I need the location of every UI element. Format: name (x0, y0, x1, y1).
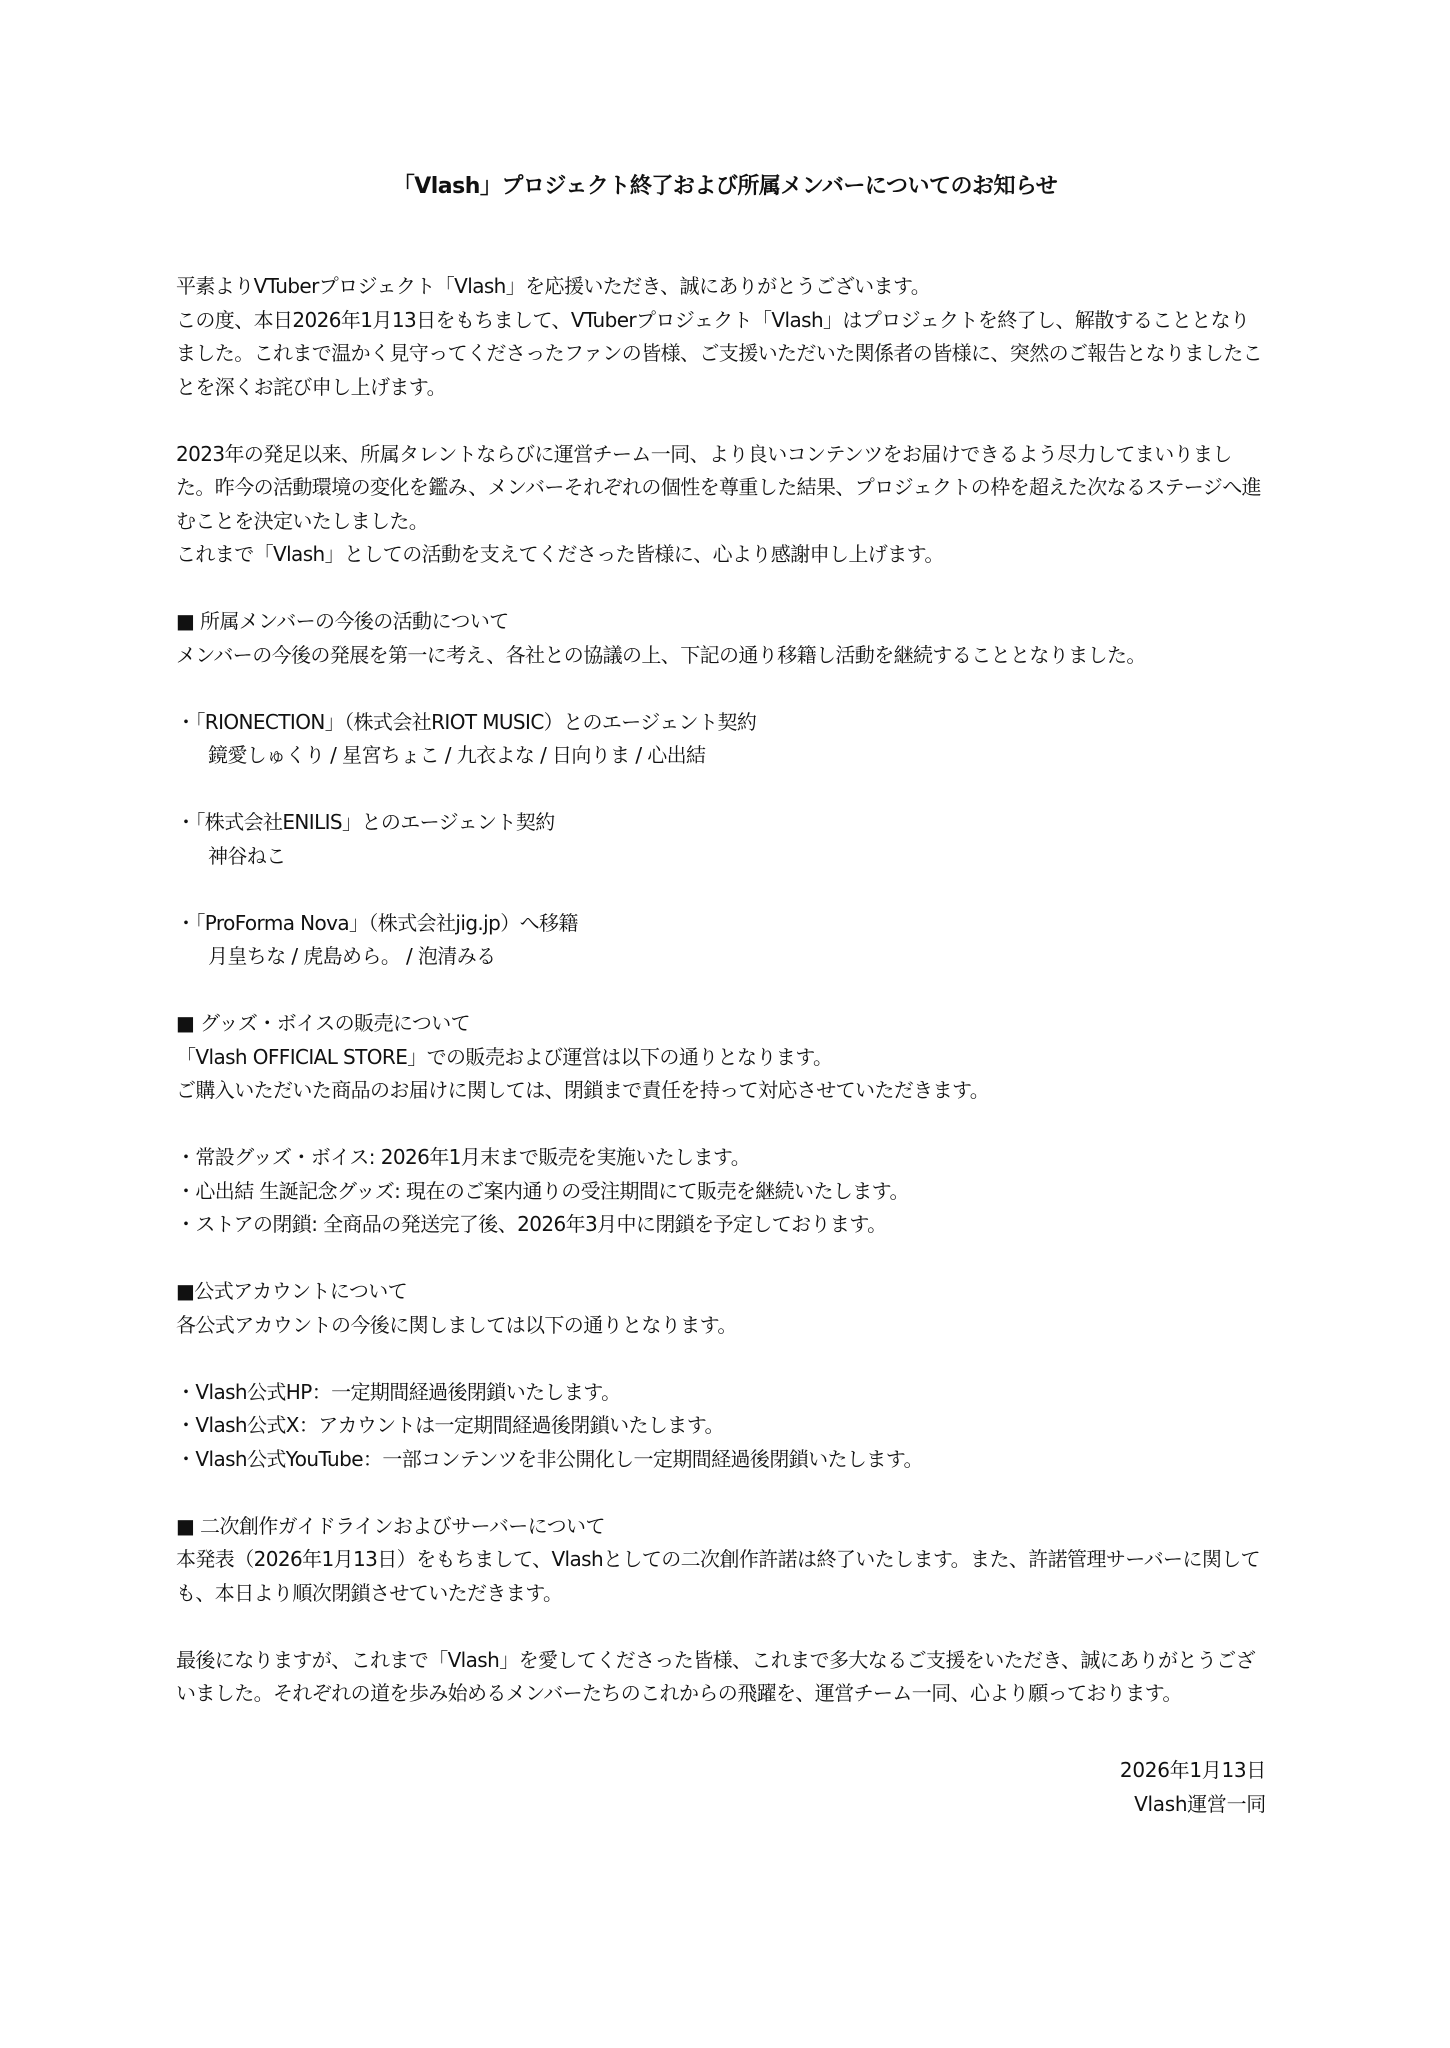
signature-block: 2026年1月13日 Vlash運営一同 (1120, 1754, 1266, 1821)
goods-item: ・ストアの閉鎖: 全商品の発送完了後、2026年3月中に閉鎖を予定しております。 (176, 1208, 1268, 1242)
signature-org: Vlash運営一同 (1120, 1788, 1266, 1822)
closing-paragraph: 最後になりますが、これまで「Vlash」を愛してくださった皆様、これまで多大なる… (176, 1644, 1268, 1711)
derivative-heading: ■ 二次創作ガイドラインおよびサーバーについて (176, 1510, 1268, 1544)
accounts-heading: ■公式アカウントについて (176, 1275, 1268, 1309)
history-paragraph-1: 2023年の発足以来、所属タレントならびに運営チーム一同、より良いコンテンツをお… (176, 438, 1268, 539)
signature-date: 2026年1月13日 (1120, 1754, 1266, 1788)
group-label-proforma-nova: ・「ProForma Nova」（株式会社jig.jp）へ移籍 (176, 907, 1268, 941)
group-members-enilis: 神谷ねこ (176, 840, 1268, 874)
goods-item: ・心出結 生誕記念グッズ: 現在のご案内通りの受注期間にて販売を継続いたします。 (176, 1175, 1268, 1209)
document-title: 「Vlash」プロジェクト終了および所属メンバーについてのお知らせ (0, 172, 1450, 202)
group-members-proforma-nova: 月皇ちな / 虎島めら。 / 泡清みる (176, 940, 1268, 974)
document-page: 「Vlash」プロジェクト終了および所属メンバーについてのお知らせ 平素よりVT… (0, 0, 1450, 2048)
members-lead: メンバーの今後の発展を第一に考え、各社との協議の上、下記の通り移籍し活動を継続す… (176, 639, 1268, 673)
account-item: ・Vlash公式HP：一定期間経過後閉鎖いたします。 (176, 1376, 1268, 1410)
group-label-rionection: ・「RIONECTION」（株式会社RIOT MUSIC）とのエージェント契約 (176, 706, 1268, 740)
intro-paragraph-1: 平素よりVTuberプロジェクト「Vlash」を応援いただき、誠にありがとうござ… (176, 270, 1268, 304)
goods-heading: ■ グッズ・ボイスの販売について (176, 1007, 1268, 1041)
group-members-rionection: 鏡愛しゅくり / 星宮ちょこ / 九衣よな / 日向りま / 心出結 (176, 739, 1268, 773)
intro-paragraph-2: この度、本日2026年1月13日をもちまして、VTuberプロジェクト「Vlas… (176, 304, 1268, 405)
history-paragraph-2: これまで「Vlash」としての活動を支えてくださった皆様に、心より感謝申し上げま… (176, 538, 1268, 572)
goods-lead-1: 「Vlash OFFICIAL STORE」での販売および運営は以下の通りとなり… (176, 1041, 1268, 1075)
group-label-enilis: ・「株式会社ENILIS」とのエージェント契約 (176, 806, 1268, 840)
account-item: ・Vlash公式YouTube：一部コンテンツを非公開化し一定期間経過後閉鎖いた… (176, 1443, 1268, 1477)
derivative-text: 本発表（2026年1月13日）をもちまして、Vlashとしての二次創作許諾は終了… (176, 1543, 1268, 1610)
account-item: ・Vlash公式X：アカウントは一定期間経過後閉鎖いたします。 (176, 1409, 1268, 1443)
goods-item: ・常設グッズ・ボイス: 2026年1月末まで販売を実施いたします。 (176, 1141, 1268, 1175)
accounts-lead: 各公式アカウントの今後に関しましては以下の通りとなります。 (176, 1309, 1268, 1343)
goods-lead-2: ご購入いただいた商品のお届けに関しては、閉鎖まで責任を持って対応させていただきま… (176, 1074, 1268, 1108)
members-heading: ■ 所属メンバーの今後の活動について (176, 605, 1268, 639)
document-body: 平素よりVTuberプロジェクト「Vlash」を応援いただき、誠にありがとうござ… (176, 270, 1268, 1711)
